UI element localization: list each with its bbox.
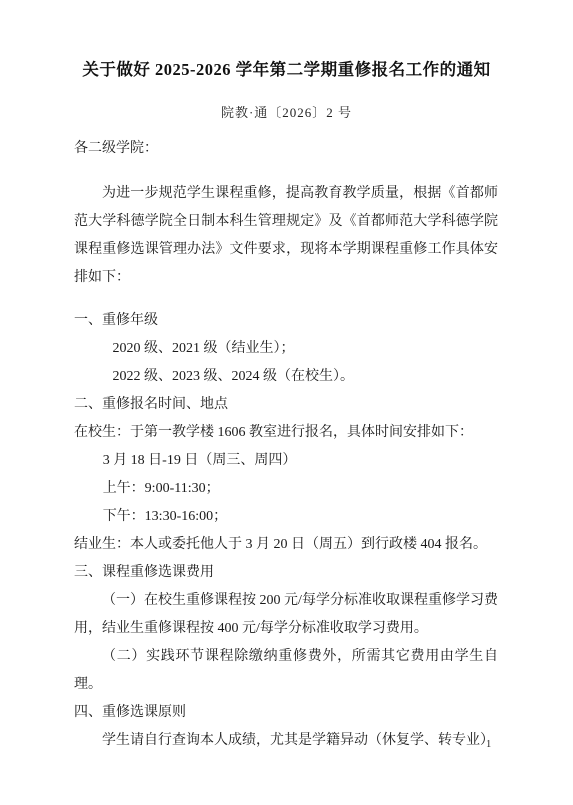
section-1-line-2: 2022 级、2023 级、2024 级（在校生）。 [74,363,498,391]
salutation: 各二级学院： [74,135,498,163]
page-number: 1 [486,738,491,752]
section-2-line-3: 上午：9:00-11:30； [74,475,498,503]
section-3-paragraph-2: （二）实践环节课程除缴纳重修费外，所需其它费用由学生自理。 [74,643,498,699]
section-1-line-1: 2020 级、2021 级（结业生）； [74,335,498,363]
intro-paragraph: 为进一步规范学生课程重修，提高教育教学质量，根据《首都师范大学科德学院全日制本科… [74,180,498,292]
section-2-heading: 二、重修报名时间、地点 [74,391,498,419]
document-number: 院教·通〔2026〕2 号 [0,99,573,127]
section-2-line-4: 下午：13:30-16:00； [74,503,498,531]
section-2-line-2: 3 月 18 日-19 日（周三、周四） [74,447,498,475]
section-4-paragraph-1: 学生请自行查询本人成绩，尤其是学籍异动（休复学、转专业） [74,727,498,755]
section-2-line-1: 在校生：于第一教学楼 1606 教室进行报名，具体时间安排如下： [74,419,498,447]
document-page: 关于做好 2025-2026 学年第二学期重修报名工作的通知 院教·通〔2026… [0,0,573,805]
section-2-line-5: 结业生：本人或委托他人于 3 月 20 日（周五）到行政楼 404 报名。 [74,531,498,559]
document-title: 关于做好 2025-2026 学年第二学期重修报名工作的通知 [0,0,573,83]
section-1-heading: 一、重修年级 [74,307,498,335]
document-body: 各二级学院： 为进一步规范学生课程重修，提高教育教学质量，根据《首都师范大学科德… [74,135,498,755]
section-3-paragraph-1: （一）在校生重修课程按 200 元/每学分标准收取课程重修学习费用，结业生重修课… [74,587,498,643]
section-3-heading: 三、课程重修选课费用 [74,559,498,587]
section-4-heading: 四、重修选课原则 [74,699,498,727]
